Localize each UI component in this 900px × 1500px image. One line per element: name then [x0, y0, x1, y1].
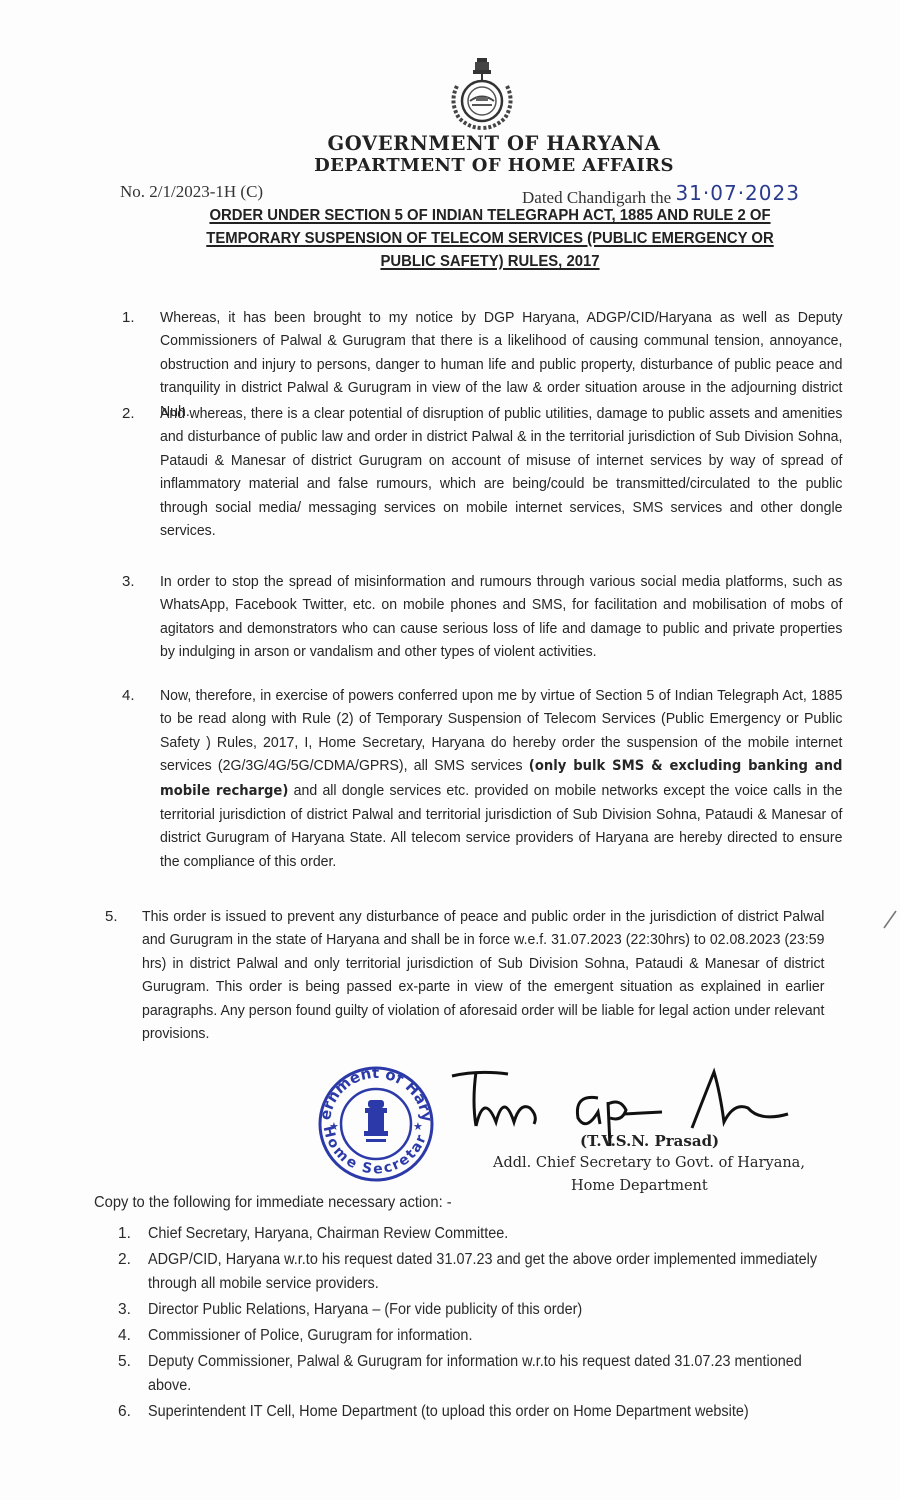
signatory-name: (T.V.S.N. Prasad) [580, 1132, 719, 1150]
title-line-2: TEMPORARY SUSPENSION OF TELECOM SERVICES… [206, 230, 773, 247]
stamp-star-icon: ★ [413, 1121, 423, 1133]
list-item: 5. Deputy Commissioner, Palwal & Gurugra… [118, 1350, 838, 1398]
paragraph-4: 4. Now, therefore, in exercise of powers… [122, 684, 844, 873]
paragraph-3: 3. In order to stop the spread of misinf… [122, 570, 844, 664]
paragraph-number: 4. [122, 684, 152, 707]
list-item: 6. Superintendent IT Cell, Home Departme… [118, 1400, 838, 1424]
order-title: ORDER UNDER SECTION 5 OF INDIAN TELEGRAP… [135, 204, 845, 273]
copy-to-list: 1. Chief Secretary, Haryana, Chairman Re… [118, 1222, 838, 1426]
paragraph-number: 5. [105, 905, 135, 928]
paragraph-number: 1. [122, 306, 152, 329]
paragraph-number: 3. [122, 570, 152, 593]
list-item-text: Commissioner of Police, Gurugram for inf… [148, 1324, 836, 1348]
signatory-designation: Addl. Chief Secretary to Govt. of Haryan… [493, 1155, 805, 1171]
document-page: GOVERNMENT OF HARYANA DEPARTMENT OF HOME… [0, 0, 900, 1500]
list-item-number: 5. [118, 1350, 131, 1374]
list-item: 4. Commissioner of Police, Gurugram for … [118, 1324, 838, 1348]
signatory-department: Home Department [571, 1178, 708, 1194]
paragraph-text: This order is issued to prevent any dist… [142, 905, 824, 1045]
government-heading: GOVERNMENT OF HARYANA [44, 132, 900, 155]
list-item: 3. Director Public Relations, Haryana – … [118, 1298, 838, 1322]
haryana-state-emblem-icon [443, 56, 521, 132]
list-item-number: 1. [118, 1222, 131, 1246]
list-item-text: ADGP/CID, Haryana w.r.to his request dat… [148, 1248, 836, 1296]
list-item: 2. ADGP/CID, Haryana w.r.to his request … [118, 1248, 838, 1296]
list-item-text: Chief Secretary, Haryana, Chairman Revie… [148, 1222, 836, 1246]
reference-number: No. 2/1/2023-1H (C) [120, 182, 263, 202]
list-item-text: Deputy Commissioner, Palwal & Gurugram f… [148, 1350, 836, 1398]
list-item-number: 4. [118, 1324, 131, 1348]
title-line-3: PUBLIC SAFETY) RULES, 2017 [380, 253, 599, 270]
list-item: 1. Chief Secretary, Haryana, Chairman Re… [118, 1222, 838, 1246]
handwritten-date: 31·07·2023 [675, 181, 800, 205]
list-item-number: 3. [118, 1298, 131, 1322]
paragraph-number: 2. [122, 402, 152, 425]
copy-to-heading: Copy to the following for immediate nece… [94, 1194, 452, 1212]
ashoka-emblem-icon [364, 1100, 388, 1142]
list-item-text: Superintendent IT Cell, Home Department … [148, 1400, 836, 1424]
list-item-number: 6. [118, 1400, 131, 1424]
paragraph-text: In order to stop the spread of misinform… [160, 570, 842, 664]
stamp-star-icon: ★ [329, 1121, 339, 1133]
paragraph-2: 2. And whereas, there is a clear potenti… [122, 402, 844, 542]
list-item-number: 2. [118, 1248, 131, 1272]
department-heading: DEPARTMENT OF HOME AFFAIRS [44, 155, 900, 176]
paragraph-text: Now, therefore, in exercise of powers co… [160, 684, 842, 873]
paragraph-5: 5. This order is issued to prevent any d… [105, 905, 827, 1045]
official-stamp: Government of Haryana Home Secretary ★ ★ [312, 1064, 440, 1182]
margin-pen-mark-icon [882, 908, 898, 930]
title-line-1: ORDER UNDER SECTION 5 OF INDIAN TELEGRAP… [209, 207, 770, 224]
paragraph-text: And whereas, there is a clear potential … [160, 402, 842, 542]
list-item-text: Director Public Relations, Haryana – (Fo… [148, 1298, 836, 1322]
